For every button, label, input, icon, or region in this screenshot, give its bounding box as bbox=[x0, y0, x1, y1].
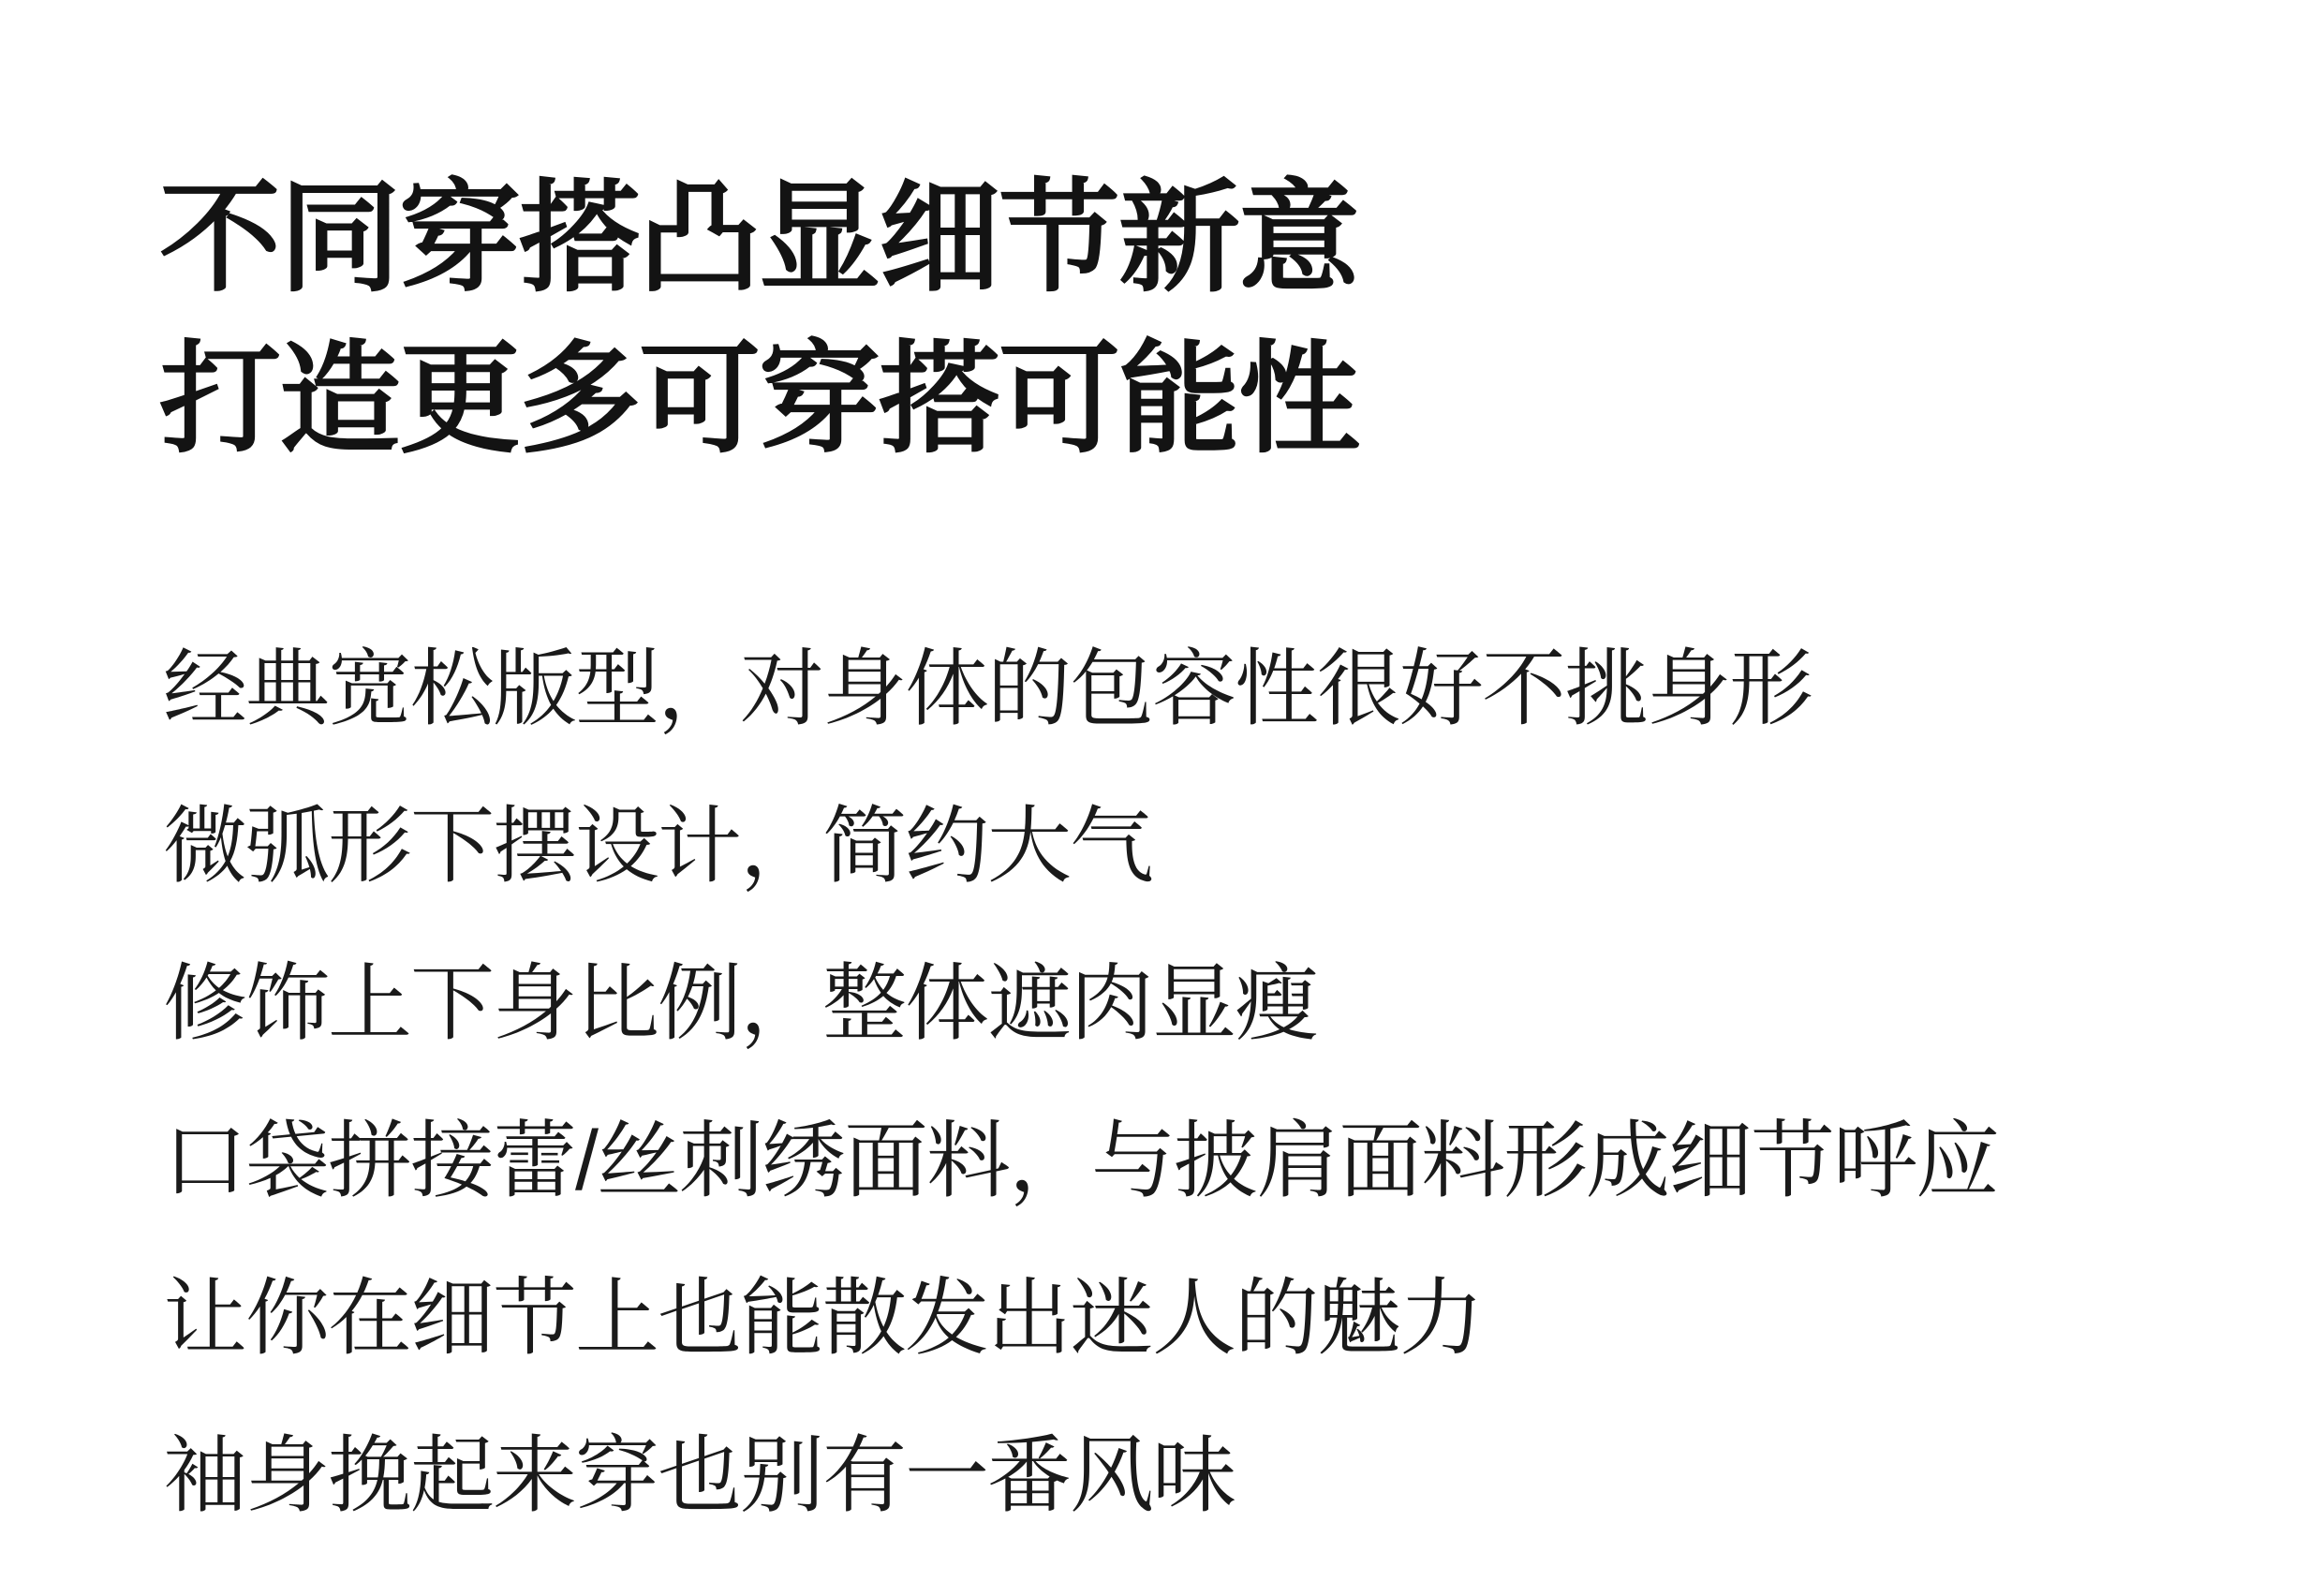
feature-description-list: 经典宽松版型，对身体的包容性很好不挑身形 微弧形下摆设计，简约大气 修饰上下身比… bbox=[163, 611, 1998, 1555]
page-title-line-2: 打造更多可穿搭可能性 bbox=[159, 318, 1358, 480]
feature-line-fit: 经典宽松版型，对身体的包容性很好不挑身形 bbox=[163, 611, 1998, 768]
feature-line-proportion: 修饰上下身比例，整体遮肉显瘦 bbox=[163, 925, 1998, 1083]
feature-line-sleeves: 袖身挽起来穿也别有一番风味 bbox=[163, 1397, 1998, 1555]
page-title-line-1: 不同穿搭凸显细节新意 bbox=[159, 157, 1358, 318]
page-title: 不同穿搭凸显细节新意 打造更多可穿搭可能性 bbox=[159, 157, 1358, 480]
feature-line-pocket-fabric: 口袋拼接蕾/丝刺绣面料，与披肩面料形成细节呼应 bbox=[163, 1083, 1998, 1240]
feature-line-hem: 微弧形下摆设计，简约大气 bbox=[163, 768, 1998, 925]
product-description-page: 不同穿搭凸显细节新意 打造更多可穿搭可能性 经典宽松版型，对身体的包容性很好不挑… bbox=[0, 0, 2323, 1596]
feature-line-charm: 让你在细节上也能散发出迷人的魅力 bbox=[163, 1240, 1998, 1397]
